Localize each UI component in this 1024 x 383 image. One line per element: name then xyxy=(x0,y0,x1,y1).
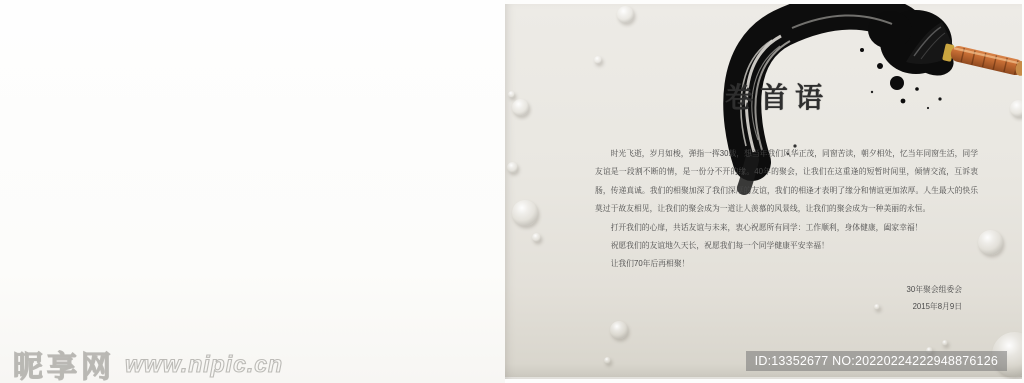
water-droplet xyxy=(508,91,515,98)
water-droplet xyxy=(512,200,538,226)
water-droplet xyxy=(978,230,1003,255)
water-droplet xyxy=(617,6,634,23)
preface-page: 卷首语 时光飞逝，岁月如梭，弹指一挥30载，想当年我们风华正茂，同窗苦读，朝夕相… xyxy=(505,4,1022,379)
signature-committee: 30年聚会组委会 xyxy=(595,281,962,298)
album-spread-preview: 卷首语 时光飞逝，岁月如梭，弹指一挥30载，想当年我们风华正茂，同窗苦读，朝夕相… xyxy=(0,0,1024,383)
preface-wish-line-2: 祝愿我们的友谊地久天长，祝愿我们每一个同学健康平安幸福！ xyxy=(595,237,978,255)
water-droplet xyxy=(512,99,529,116)
page-title: 卷首语 xyxy=(725,76,830,116)
preface-wish-line-1: 打开我们的心扉，共话友谊与未来，衷心祝愿所有同学：工作顺利，身体健康，阖家幸福！ xyxy=(595,219,978,237)
image-id-watermark: ID:13352677 NO:20220224222948876126 xyxy=(746,351,1007,371)
preface-body: 时光飞逝，岁月如梭，弹指一挥30载，想当年我们风华正茂，同窗苦读，朝夕相处，忆当… xyxy=(595,145,978,274)
preface-paragraph-main: 时光飞逝，岁月如梭，弹指一挥30载，想当年我们风华正茂，同窗苦读，朝夕相处，忆当… xyxy=(595,145,978,219)
water-droplet xyxy=(532,233,541,242)
preface-wish-line-3: 让我们70年后再相聚！ xyxy=(595,255,978,273)
water-droplet xyxy=(610,321,628,339)
water-droplet xyxy=(1010,100,1022,117)
signature-block: 30年聚会组委会 2015年8月9日 xyxy=(595,281,962,315)
water-droplet xyxy=(604,357,611,364)
water-droplet xyxy=(507,162,518,173)
left-page-blank xyxy=(0,0,505,383)
water-droplet xyxy=(942,340,948,346)
signature-date: 2015年8月9日 xyxy=(595,298,962,315)
water-droplet xyxy=(594,56,602,64)
